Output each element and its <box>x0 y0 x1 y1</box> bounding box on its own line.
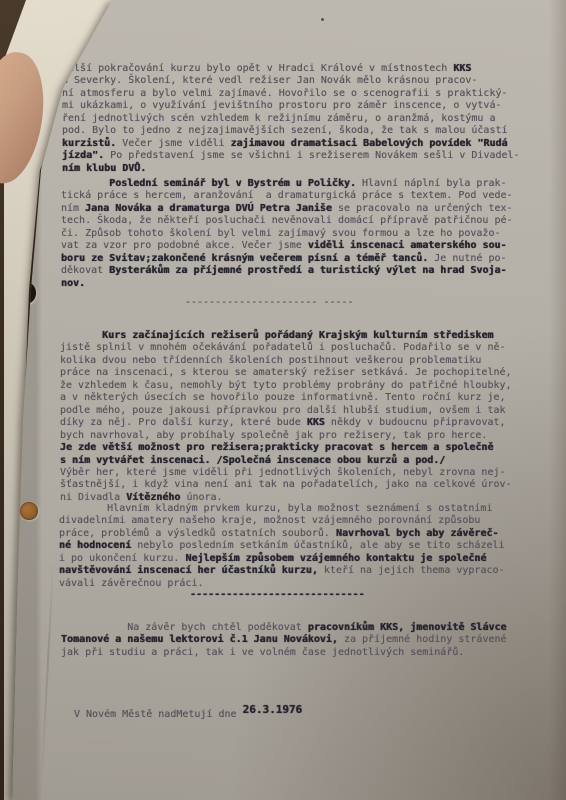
text-line: tech. Škoda, že někteří posluchači nevěn… <box>61 215 513 227</box>
text-line: ----------------------------- <box>190 589 365 601</box>
paragraph: Hlavním kladným prvkem kurzu, byla možno… <box>59 503 505 590</box>
paragraph: Kurs začínajících režiserů pořádaný Kraj… <box>60 330 512 504</box>
text-line: díky za něj. Pro další kurzy, které bude… <box>60 417 512 429</box>
text-line: že vzhledem k času, nemohly být tyto pro… <box>60 380 512 392</box>
text-line: Kurs začínajících režiserů pořádaný Kraj… <box>60 330 512 342</box>
ink-speck <box>58 12 60 14</box>
dashed-separator: ---------------------- ----- <box>185 297 354 309</box>
paragraph: Na závěr bych chtěl poděkovat pracovníků… <box>61 622 507 659</box>
text-line: Výběr her, které jsme viděli při jednotl… <box>60 467 512 479</box>
dashed-separator: ----------------------------- <box>190 589 365 601</box>
text-line: Hlavním kladným prvkem kurzu, byla možno… <box>59 503 505 515</box>
text-line: a v některých úsecích se hovořilo pouze … <box>60 392 512 404</box>
text-line: kolika dvou nebo třídenních školeních po… <box>60 355 512 367</box>
text-line: pod. Bylo to jedno z nejzajimavějších se… <box>62 125 520 137</box>
text-line: ---------------------- ----- <box>185 297 354 309</box>
document-page: Další pokračování kurzu bylo opět v Hrad… <box>0 0 566 800</box>
text-line: děkovat Bysterákům za příjemné prostředí… <box>61 265 513 277</box>
text-line: podle mého, pouze jakousi přípravkou pro… <box>60 405 512 417</box>
text-line: či. Způsob tohoto školení byl velmi zají… <box>61 228 513 240</box>
text-line: práce, problémů a výsledků ostatních sou… <box>59 528 505 540</box>
text-line: ním Jana Nováka a dramaturga DVÚ Petra J… <box>61 203 513 215</box>
text-line: boru ze Svitav;zakončené krásným večerem… <box>61 253 513 265</box>
text-line: jistě splnil v mnohém očekávání pořadate… <box>60 342 512 354</box>
text-line: jízda". Po představení jsme se všichni i… <box>62 150 520 162</box>
text-line: šťastnější, i když vina není ani tak na … <box>60 479 512 491</box>
text-line: tická práce s hercem, aranžování a drama… <box>61 190 513 202</box>
text-line: u Severky. Školení, které vedl režiser J… <box>62 75 520 87</box>
text-line: nov. <box>61 278 513 290</box>
page-shadow-wrap: Další pokračování kurzu bylo opět v Hrad… <box>0 0 566 800</box>
text-line: bych navrhoval, aby probíhaly společně j… <box>60 430 512 442</box>
text-line: s ním vytvářet inscenaci. /Společná insc… <box>60 455 512 467</box>
text-line: kurzistů. Večer jsme viděli zajimavou dr… <box>62 138 520 150</box>
text-line: vat za vzor pro podobné akce. Večer jsme… <box>61 240 513 252</box>
text-line: V Novém Městě nadMetují dne 26.3.1976 <box>74 708 302 721</box>
text-line: Poslední seminář byl v Bystrém u Poličky… <box>61 178 513 190</box>
text-line: jak při studiu a práci, tak i ve volném … <box>61 647 507 659</box>
text-line: ním klubu DVŮ. <box>62 163 520 175</box>
date-line: V Novém Městě nadMetují dne 26.3.1976 <box>74 708 302 721</box>
text-line: divadelními amatery našeho kraje, možnos… <box>59 515 505 527</box>
typed-text: Další pokračování kurzu bylo opět v Hrad… <box>0 0 566 800</box>
text-line: Je zde větší možnost pro režisera;prakti… <box>60 442 512 454</box>
text-line: mi ukázkami, o využívání jevištního pros… <box>62 100 520 112</box>
text-line: né hodnocení nebylo posledním setkáním ú… <box>59 540 505 552</box>
text-line: práce na inscenaci, s kterou se amatersk… <box>60 367 512 379</box>
text-line: ní atmosferu a bylo velmi zajímavé. Hovo… <box>62 88 520 100</box>
text-line: i po ukončení kurzu. Nejlepším způsobem … <box>59 553 505 565</box>
text-line: Na závěr bych chtěl poděkovat pracovníků… <box>61 622 507 634</box>
text-line: ření jednotlivých scén vzhledem k režijn… <box>62 113 520 125</box>
text-line: Další pokračování kurzu bylo opět v Hrad… <box>62 63 520 75</box>
photographed-document: Další pokračování kurzu bylo opět v Hrad… <box>0 0 566 800</box>
paragraph: Poslední seminář byl v Bystrém u Poličky… <box>61 178 513 290</box>
text-line: Tomanové a našemu lektorovi č.1 Janu Nov… <box>61 634 507 646</box>
text-line: navštěvování inscenací her účastníků kur… <box>59 565 505 577</box>
paragraph: Další pokračování kurzu bylo opět v Hrad… <box>62 63 520 175</box>
